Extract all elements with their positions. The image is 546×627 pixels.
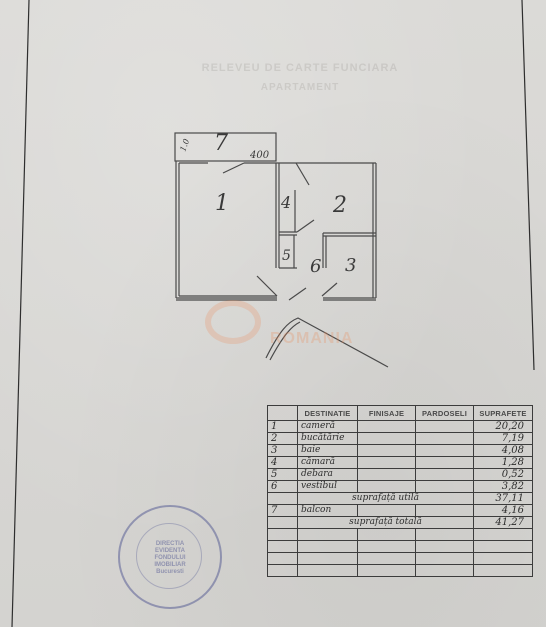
watermark-text: ROMANIA bbox=[270, 330, 353, 348]
room-label-5: 5 bbox=[282, 248, 291, 264]
room-label-1: 1 bbox=[215, 191, 229, 216]
table-row: 6 vestibul 3,82 bbox=[268, 481, 533, 493]
table-row: 5 debara 0,52 bbox=[268, 469, 533, 481]
room-label-7: 7 bbox=[214, 131, 228, 156]
subtotal-useful-row: suprafață utilă 37,11 bbox=[268, 493, 533, 505]
watermark-logo bbox=[205, 300, 261, 344]
room-label-6: 6 bbox=[310, 256, 321, 277]
left-margin-line bbox=[12, 0, 29, 627]
table-header-row: DESTINATIE FINISAJE PARDOSELI SUPRAFETE bbox=[268, 406, 533, 421]
stamp-line: EVIDENTA bbox=[120, 548, 220, 555]
stamp-line: IMOBILIAR bbox=[120, 562, 220, 569]
balcony-width-label: 1.0 bbox=[178, 138, 191, 153]
table-row: 1 cameră 20,20 bbox=[268, 421, 533, 433]
stamp-line: DIRECTIA bbox=[120, 541, 220, 548]
balcony-row: 7 balcon 4,16 bbox=[268, 505, 533, 517]
col-header-suprafete: SUPRAFETE bbox=[474, 406, 533, 421]
empty-row bbox=[268, 553, 533, 565]
col-header-finisaje: FINISAJE bbox=[358, 406, 416, 421]
table-row: 4 cămară 1,28 bbox=[268, 457, 533, 469]
empty-row bbox=[268, 565, 533, 577]
total-row: suprafață totală 41,27 bbox=[268, 517, 533, 529]
stamp-city: Bucuresti bbox=[120, 569, 220, 576]
right-margin-line bbox=[522, 0, 534, 370]
room-labels: 7 400 1.0 1 2 4 5 6 3 bbox=[178, 131, 356, 277]
official-stamp: DIRECTIA EVIDENTA FONDULUI IMOBILIAR Buc… bbox=[118, 505, 222, 609]
col-header-pardoseli: PARDOSELI bbox=[416, 406, 474, 421]
document-page: RELEVEU DE CARTE FUNCIARA APARTAMENT bbox=[0, 0, 546, 627]
room-label-2: 2 bbox=[332, 193, 347, 218]
stamp-line: FONDULUI bbox=[120, 555, 220, 562]
table-row: 2 bucătărie 7,19 bbox=[268, 433, 533, 445]
room-label-3: 3 bbox=[345, 255, 356, 276]
room-label-4: 4 bbox=[280, 193, 291, 212]
dimension-label: 400 bbox=[249, 150, 270, 161]
col-header-destinatie: DESTINATIE bbox=[298, 406, 358, 421]
empty-row bbox=[268, 529, 533, 541]
table-row: 3 baie 4,08 bbox=[268, 445, 533, 457]
room-schedule-table: DESTINATIE FINISAJE PARDOSELI SUPRAFETE … bbox=[267, 405, 533, 577]
col-header-nr bbox=[268, 406, 298, 421]
empty-row bbox=[268, 541, 533, 553]
